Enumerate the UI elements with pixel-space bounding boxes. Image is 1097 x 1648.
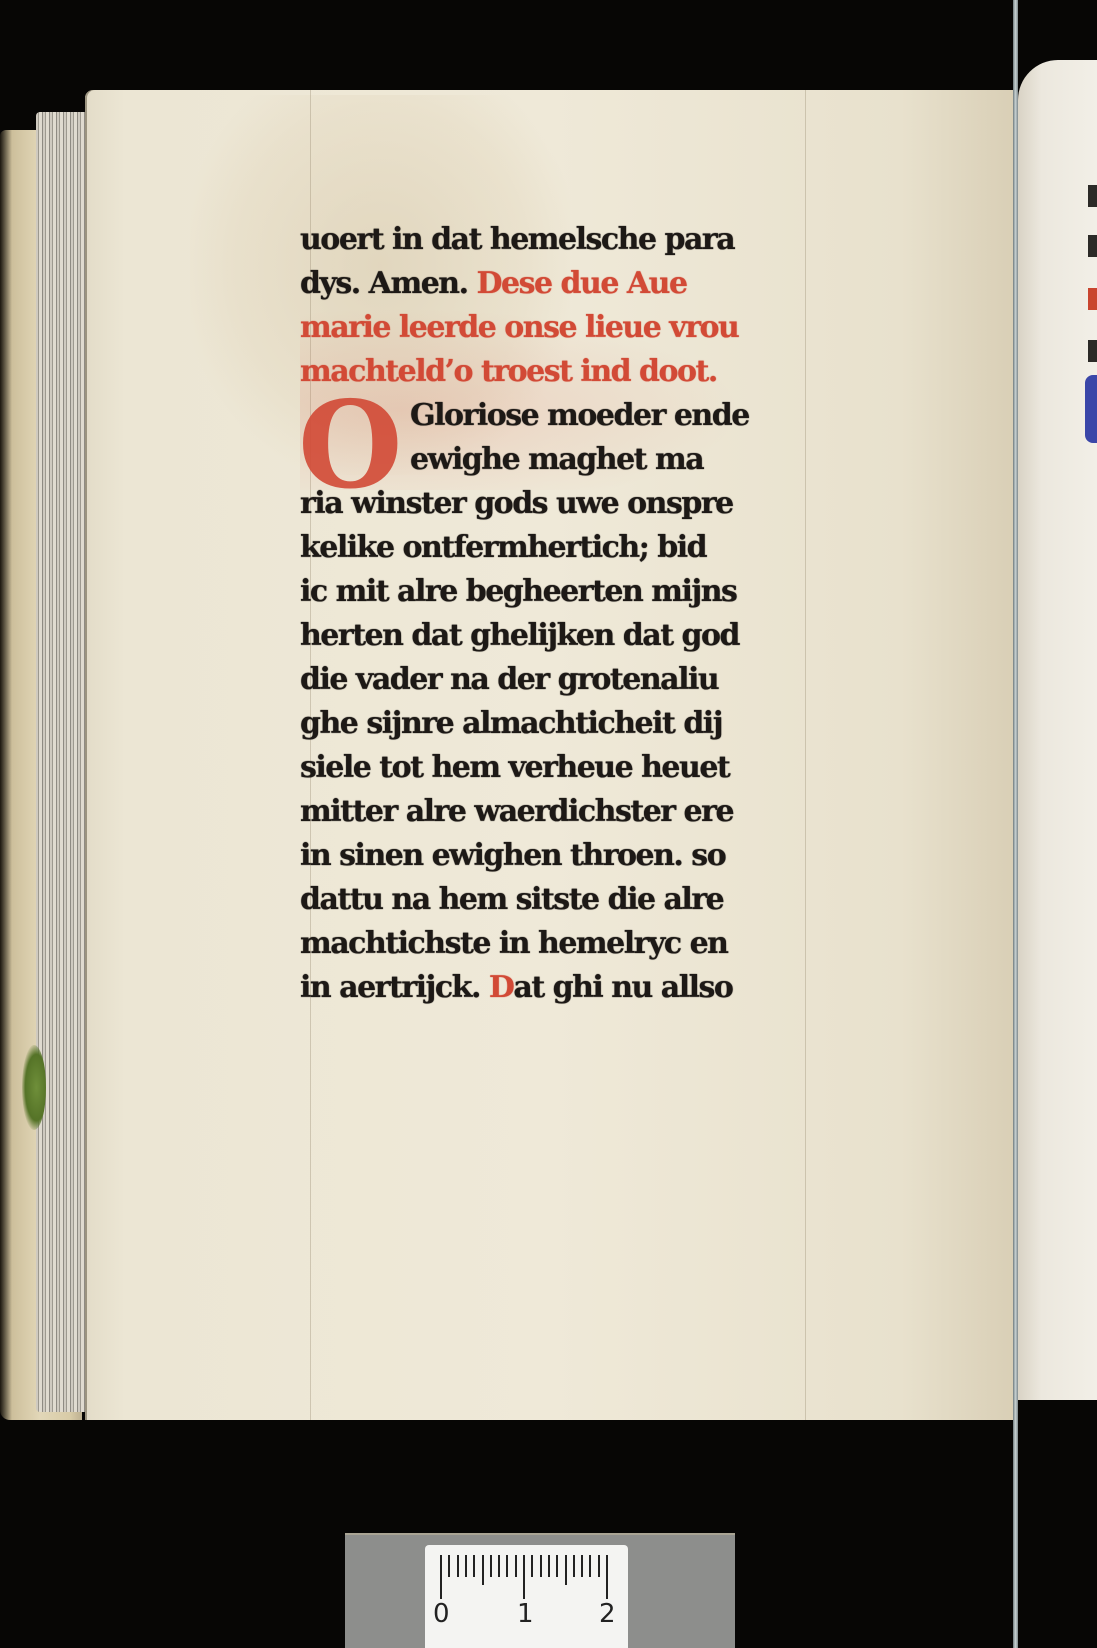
text-line: ria winster gods uwe onspre <box>300 482 830 526</box>
rubric-line: machteld’o troest ind doot. <box>300 350 830 394</box>
ruler-tick <box>581 1555 583 1577</box>
facing-page <box>1018 60 1097 1400</box>
text-line: kelike ontfermhertich; bid <box>300 526 830 570</box>
text-line-start: in aertrijck. <box>300 970 480 1005</box>
text-line: in aertrijck. Dat ghi nu allso <box>300 966 830 1010</box>
text-line-end: at ghi nu allso <box>513 970 732 1005</box>
ruler-tick <box>448 1555 450 1577</box>
ruler-tick <box>598 1555 600 1577</box>
ruler-tick <box>482 1555 484 1585</box>
text-line-black: dys. Amen. <box>300 266 468 301</box>
text-block: uoert in dat hemelsche para dys. Amen. D… <box>300 218 830 1010</box>
ruler-tick <box>573 1555 575 1577</box>
ruler-label-2: 2 <box>599 1599 616 1629</box>
ruler-tick <box>548 1555 550 1577</box>
text-line: in sinen ewighen throen. so <box>300 834 830 878</box>
rubricated-initial: D <box>489 970 514 1005</box>
ruler-tick <box>589 1555 591 1577</box>
text-line: uoert in dat hemelsche para <box>300 218 830 262</box>
text-line: ewighe maghet ma <box>300 438 830 482</box>
text-line: herten dat ghelijken dat god <box>300 614 830 658</box>
ruler-tick <box>440 1555 442 1599</box>
ruler-tick <box>506 1555 508 1577</box>
text-line: ic mit alre begheerten mijns <box>300 570 830 614</box>
ruler-tick <box>473 1555 475 1577</box>
ruler-label-1: 1 <box>517 1599 534 1629</box>
scale-ruler: 0 1 2 <box>425 1545 628 1648</box>
ruler-tick <box>606 1555 608 1599</box>
facing-page-blue-initial <box>1085 375 1097 443</box>
ruler-label-0: 0 <box>433 1599 450 1629</box>
ruler-tick <box>556 1555 558 1577</box>
rubric-text: Dese due Aue <box>477 266 687 301</box>
facing-page-text-fragment <box>1088 235 1097 257</box>
text-line: dys. Amen. Dese due Aue <box>300 262 830 306</box>
ruler-tick <box>523 1555 525 1599</box>
ruler-tick <box>531 1555 533 1577</box>
green-stain <box>22 1045 46 1130</box>
facing-page-text-fragment <box>1088 340 1097 362</box>
ruler-tick <box>457 1555 459 1577</box>
ruler-tick <box>498 1555 500 1577</box>
ruler-tick <box>565 1555 567 1585</box>
ruler-tick <box>490 1555 492 1577</box>
facing-page-rubric-fragment <box>1088 288 1097 310</box>
facing-page-text-fragment <box>1088 185 1097 207</box>
text-line: die vader na der grotenaliu <box>300 658 830 702</box>
text-line: mitter alre waerdichster ere <box>300 790 830 834</box>
text-line: ghe sijnre almachticheit dij <box>300 702 830 746</box>
page-stack-edges <box>36 112 90 1412</box>
ruler-tick <box>515 1555 517 1577</box>
text-line: machtichste in hemelryc en <box>300 922 830 966</box>
ruler-tick <box>540 1555 542 1577</box>
text-line: dattu na hem sitste die alre <box>300 878 830 922</box>
text-line: siele tot hem verheue heuet <box>300 746 830 790</box>
rubric-line: marie leerde onse lieue vrou <box>300 306 830 350</box>
text-line: Gloriose moeder ende <box>300 394 830 438</box>
ruler-tick <box>465 1555 467 1577</box>
